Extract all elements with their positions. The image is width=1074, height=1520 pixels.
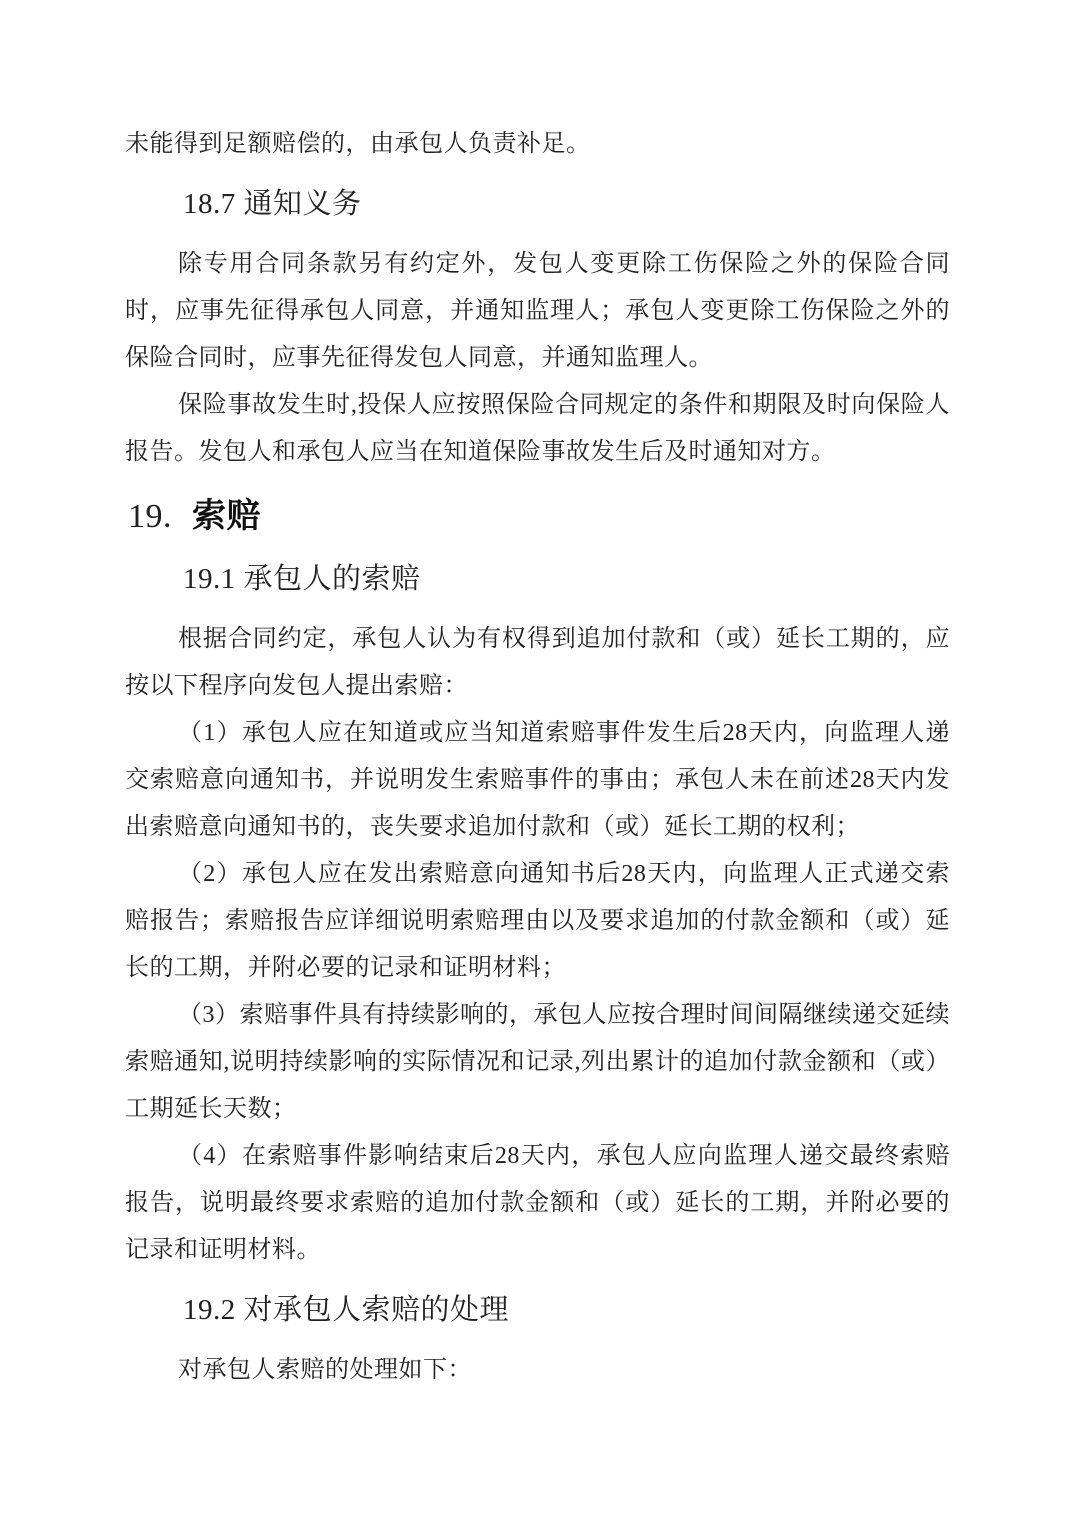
chapter-heading-19-claims: 19.索赔: [125, 493, 950, 540]
paragraph-claim-procedure-intro: 根据合同约定，承包人认为有权得到追加付款和（或）延长工期的，应按以下程序向发包人…: [125, 616, 950, 710]
paragraph-claim-item-3: （3）索赔事件具有持续影响的，承包人应按合理时间间隔继续递交延续索赔通知,说明持…: [125, 992, 950, 1133]
paragraph-claim-item-4: （4）在索赔事件影响结束后28天内，承包人应向监理人递交最终索赔报告，说明最终要…: [125, 1133, 950, 1274]
paragraph-claim-handling-intro: 对承包人索赔的处理如下：: [125, 1347, 950, 1394]
document-page: 未能得到足额赔偿的，由承包人负责补足。 18.7 通知义务 除专用合同条款另有约…: [0, 0, 1074, 1520]
paragraph-insurance-change-notice: 除专用合同条款另有约定外，发包人变更除工伤保险之外的保险合同时，应事先征得承包人…: [125, 241, 950, 382]
chapter-number: 19.: [128, 498, 172, 535]
section-heading-19-1-contractor-claims: 19.1 承包人的索赔: [125, 556, 950, 603]
section-heading-18-7-notice-obligation: 18.7 通知义务: [125, 181, 950, 228]
section-heading-19-2-claim-handling: 19.2 对承包人索赔的处理: [125, 1287, 950, 1334]
paragraph-claim-item-2: （2）承包人应在发出索赔意向通知书后28天内，向监理人正式递交索赔报告；索赔报告…: [125, 851, 950, 992]
paragraph-claim-item-1: （1）承包人应在知道或应当知道索赔事件发生后28天内，向监理人递交索赔意向通知书…: [125, 710, 950, 851]
paragraph-insurance-incident-report: 保险事故发生时,投保人应按照保险合同规定的条件和期限及时向保险人报告。发包人和承…: [125, 382, 950, 476]
paragraph-continuation: 未能得到足额赔偿的，由承包人负责补足。: [125, 121, 950, 168]
chapter-title: 索赔: [192, 497, 261, 535]
